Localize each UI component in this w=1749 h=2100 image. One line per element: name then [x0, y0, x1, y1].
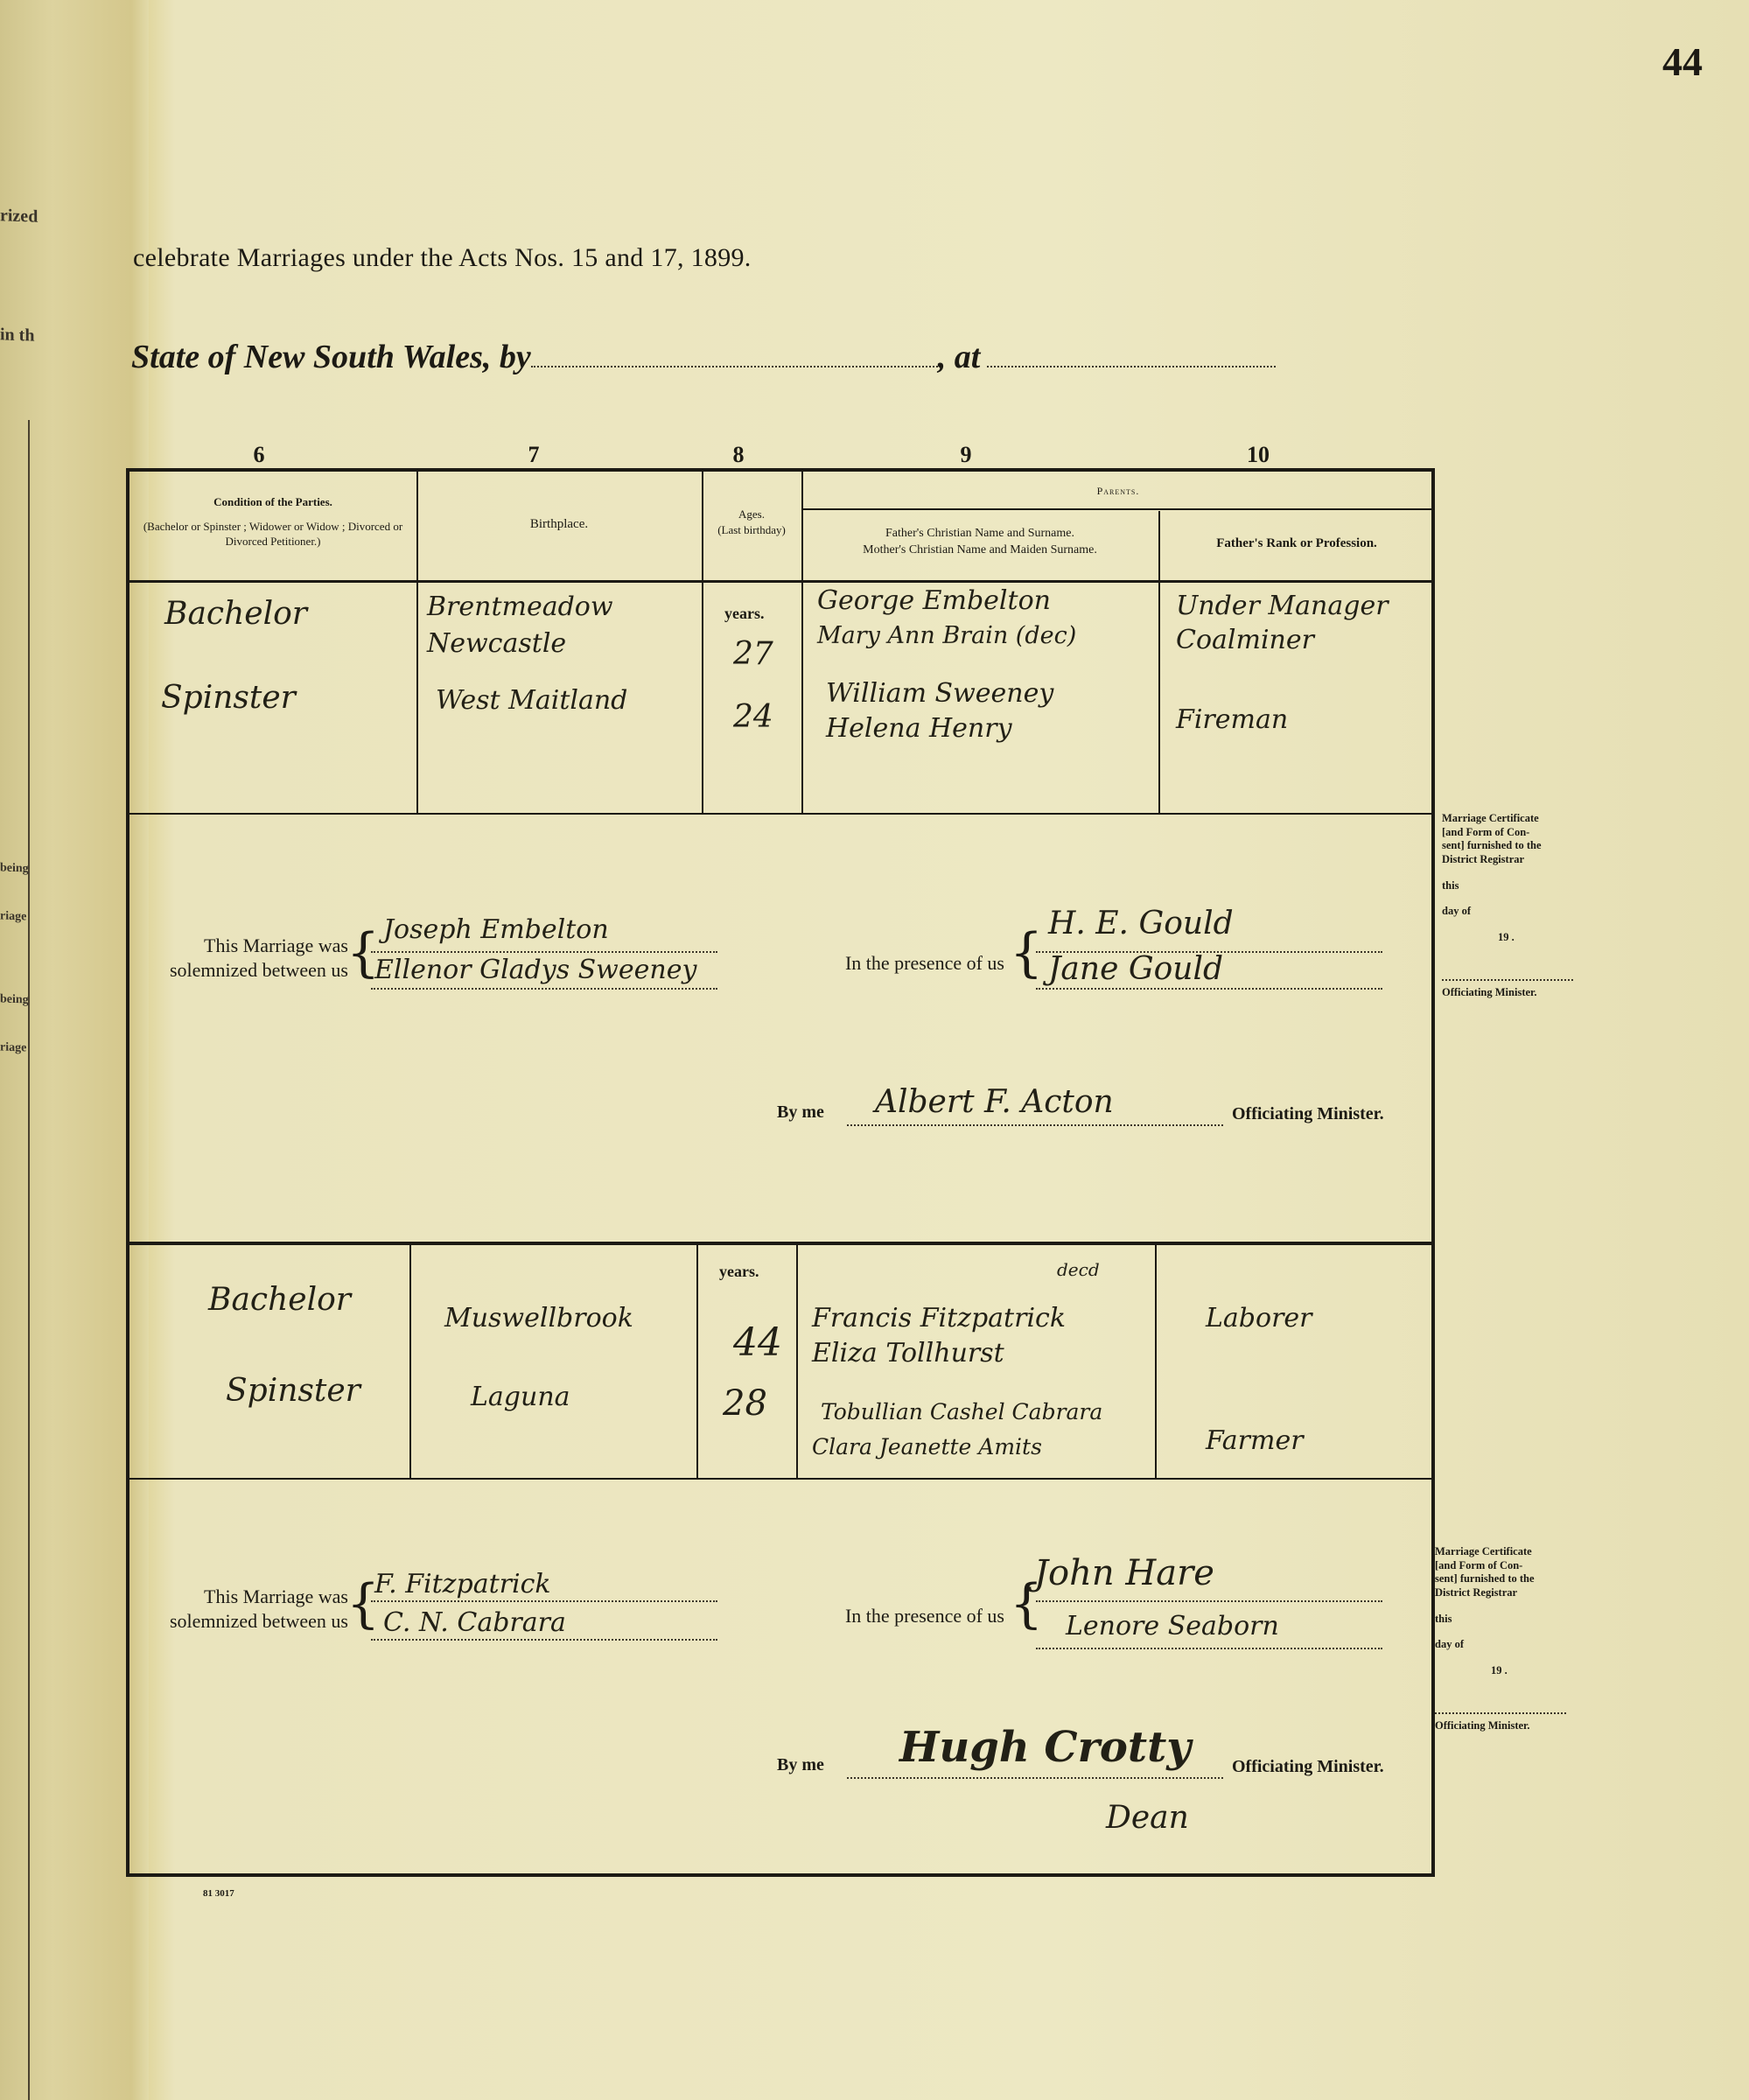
- header-parents-names: Father's Christian Name and Surname. Mot…: [801, 526, 1158, 559]
- witness-line[interactable]: [1036, 1600, 1382, 1602]
- column-divider: [1158, 511, 1160, 813]
- previous-page-fragment: riage: [0, 1040, 26, 1055]
- header-profession: Father's Rank or Profession.: [1158, 535, 1435, 552]
- witness-2-signature: Lenore Seaborn: [1066, 1611, 1279, 1641]
- bride-father-profession: Fireman: [1176, 704, 1288, 735]
- header-ages: Ages. (Last birthday): [702, 507, 801, 537]
- side-note-signature-label: Officiating Minister.: [1442, 986, 1582, 1000]
- entry-1-rule: [129, 813, 1435, 815]
- form-number: 81 3017: [203, 1888, 234, 1899]
- column-number-10: 10: [1232, 442, 1284, 468]
- bride-age: 24: [733, 699, 773, 735]
- groom-birthplace: Brentmeadow Newcastle: [427, 589, 689, 662]
- minister-signature: Albert F. Acton: [875, 1084, 1114, 1120]
- entry-2-top-rule: [129, 1242, 1435, 1245]
- side-note-year: 19 .: [1442, 931, 1582, 945]
- header-birthplace: Birthplace.: [416, 515, 702, 533]
- bride-age: 28: [723, 1383, 767, 1424]
- column-divider: [409, 1245, 411, 1480]
- header-condition-title: Condition of the Parties.: [129, 494, 416, 510]
- groom-birthplace: Muswellbrook: [444, 1303, 633, 1333]
- column-divider: [696, 1245, 698, 1480]
- groom-age: 44: [733, 1320, 782, 1365]
- solemnized-line-1: This Marriage was: [129, 1585, 348, 1609]
- header-father-name: Father's Christian Name and Surname.: [801, 526, 1158, 542]
- groom-mother: Eliza Tollhurst: [812, 1338, 1004, 1368]
- register-page: rized in th being riage being riage 44 c…: [0, 0, 1749, 2100]
- at-label: , at: [938, 339, 981, 375]
- side-note-line: [and Form of Con-: [1435, 1559, 1575, 1573]
- party-bride-signature: Ellenor Gladys Sweeney: [374, 955, 696, 985]
- side-note-line: [and Form of Con-: [1442, 826, 1582, 840]
- solemnized-label: This Marriage was solemnized between us: [129, 1585, 348, 1633]
- column-number-9: 9: [940, 442, 992, 468]
- header-ages-sub: (Last birthday): [702, 522, 801, 538]
- groom-age: 27: [733, 636, 773, 672]
- header-bottom-rule: [129, 580, 1435, 583]
- previous-page-fragment: being: [0, 992, 29, 1007]
- party-line[interactable]: [371, 1600, 717, 1602]
- side-note-line: Marriage Certificate: [1442, 812, 1582, 826]
- witness-2-signature: Jane Gould: [1048, 951, 1223, 987]
- solemnized-line-2: solemnized between us: [129, 958, 348, 983]
- solemnized-line-2: solemnized between us: [129, 1609, 348, 1634]
- side-note-this: this: [1442, 879, 1582, 893]
- party-line[interactable]: [371, 988, 717, 990]
- parents-divider: [801, 508, 1435, 510]
- previous-page-fragment: riage: [0, 909, 26, 924]
- previous-page-edge: [0, 420, 30, 2100]
- side-note-signature-label: Officiating Minister.: [1435, 1719, 1575, 1733]
- page-number: 44: [1662, 38, 1703, 85]
- bride-father: William Sweeney: [826, 678, 1053, 709]
- side-note-signature-line[interactable]: [1442, 944, 1573, 981]
- certificate-side-note: Marriage Certificate [and Form of Con- s…: [1442, 812, 1582, 1000]
- witness-line[interactable]: [1036, 988, 1382, 990]
- column-divider: [1155, 1245, 1157, 1480]
- side-note-signature-line[interactable]: [1435, 1677, 1566, 1714]
- solemnized-label: This Marriage was solemnized between us: [129, 934, 348, 982]
- header-condition-sub: (Bachelor or Spinster ; Widower or Widow…: [129, 519, 416, 549]
- party-groom-signature: F. Fitzpatrick: [374, 1569, 551, 1599]
- groom-condition: Bachelor: [164, 596, 307, 632]
- groom-mother: Mary Ann Brain (dec): [817, 622, 1076, 649]
- column-number-7: 7: [507, 442, 560, 468]
- party-bride-signature: C. N. Cabrara: [383, 1607, 566, 1638]
- side-note-line: sent] furnished to the: [1435, 1572, 1575, 1586]
- header-ages-title: Ages.: [702, 507, 801, 522]
- previous-page-fragment: in th: [0, 325, 34, 346]
- column-number-6: 6: [233, 442, 285, 468]
- minister-line[interactable]: [847, 1777, 1223, 1779]
- brace-icon: {: [1010, 927, 1043, 979]
- years-label: years.: [724, 605, 764, 623]
- bride-condition: Spinster: [226, 1373, 360, 1409]
- certificate-side-note: Marriage Certificate [and Form of Con- s…: [1435, 1545, 1575, 1733]
- witness-line[interactable]: [1036, 1648, 1382, 1649]
- by-me-label: By me: [777, 1102, 864, 1123]
- side-note-line: District Registrar: [1435, 1586, 1575, 1600]
- solemnized-line-1: This Marriage was: [129, 934, 348, 958]
- state-line: State of New South Wales, by, at: [131, 338, 1276, 376]
- intro-text: celebrate Marriages under the Acts Nos. …: [133, 243, 752, 273]
- bride-birthplace: West Maitland: [436, 685, 627, 716]
- minister-signature: Hugh Crotty: [899, 1723, 1191, 1772]
- party-line[interactable]: [371, 951, 717, 953]
- minister-title: Dean: [1106, 1800, 1189, 1836]
- groom-father: George Embelton: [817, 585, 1051, 616]
- bride-birthplace: Laguna: [471, 1382, 570, 1412]
- header-parents-group: Parents.: [801, 484, 1435, 498]
- bride-father-profession: Farmer: [1206, 1425, 1304, 1456]
- side-note-year: 19 .: [1435, 1664, 1575, 1678]
- officiating-minister-label: Officiating Minister.: [1232, 1756, 1433, 1778]
- side-note-this: this: [1435, 1613, 1575, 1627]
- bride-mother: Helena Henry: [826, 713, 1012, 744]
- header-condition: Condition of the Parties. (Bachelor or S…: [129, 494, 416, 549]
- at-field[interactable]: [987, 341, 1276, 367]
- years-label: years.: [719, 1263, 759, 1281]
- column-divider: [801, 472, 803, 813]
- groom-condition: Bachelor: [208, 1282, 351, 1318]
- bride-condition: Spinster: [161, 680, 296, 716]
- register-table: Condition of the Parties. (Bachelor or S…: [126, 468, 1435, 1877]
- side-note-line: District Registrar: [1442, 853, 1582, 867]
- party-line[interactable]: [371, 1639, 717, 1641]
- header-mother-name: Mother's Christian Name and Maiden Surna…: [801, 542, 1158, 559]
- bride-mother: Clara Jeanette Amits: [812, 1434, 1042, 1459]
- groom-father-note: decd: [1057, 1259, 1100, 1280]
- side-note-day-of: day of: [1435, 1638, 1575, 1652]
- side-note-line: Marriage Certificate: [1435, 1545, 1575, 1559]
- officiating-minister-label: Officiating Minister.: [1232, 1103, 1433, 1125]
- column-number-8: 8: [712, 442, 765, 468]
- by-me-label: By me: [777, 1754, 864, 1776]
- minister-line[interactable]: [847, 1124, 1223, 1126]
- witness-1-signature: John Hare: [1034, 1553, 1214, 1593]
- column-divider: [796, 1245, 798, 1480]
- side-note-day-of: day of: [1442, 905, 1582, 919]
- by-field[interactable]: [531, 341, 938, 367]
- witness-1-signature: H. E. Gould: [1048, 906, 1234, 941]
- bride-father: Tobullian Cashel Cabrara: [821, 1399, 1102, 1424]
- previous-page-fragment: being: [0, 861, 29, 876]
- groom-father-profession: Under Manager Coalminer: [1176, 589, 1421, 657]
- side-note-line: sent] furnished to the: [1442, 839, 1582, 853]
- previous-page-fragment: rized: [0, 206, 38, 227]
- presence-label: In the presence of us: [742, 1604, 1004, 1628]
- groom-father-profession: Laborer: [1206, 1303, 1312, 1333]
- entry-2-particulars-rule: [129, 1478, 1435, 1480]
- presence-label: In the presence of us: [742, 951, 1004, 976]
- state-prefix: State of New South Wales, by: [131, 339, 531, 375]
- party-groom-signature: Joseph Embelton: [383, 914, 609, 945]
- groom-father: Francis Fitzpatrick: [812, 1303, 1066, 1333]
